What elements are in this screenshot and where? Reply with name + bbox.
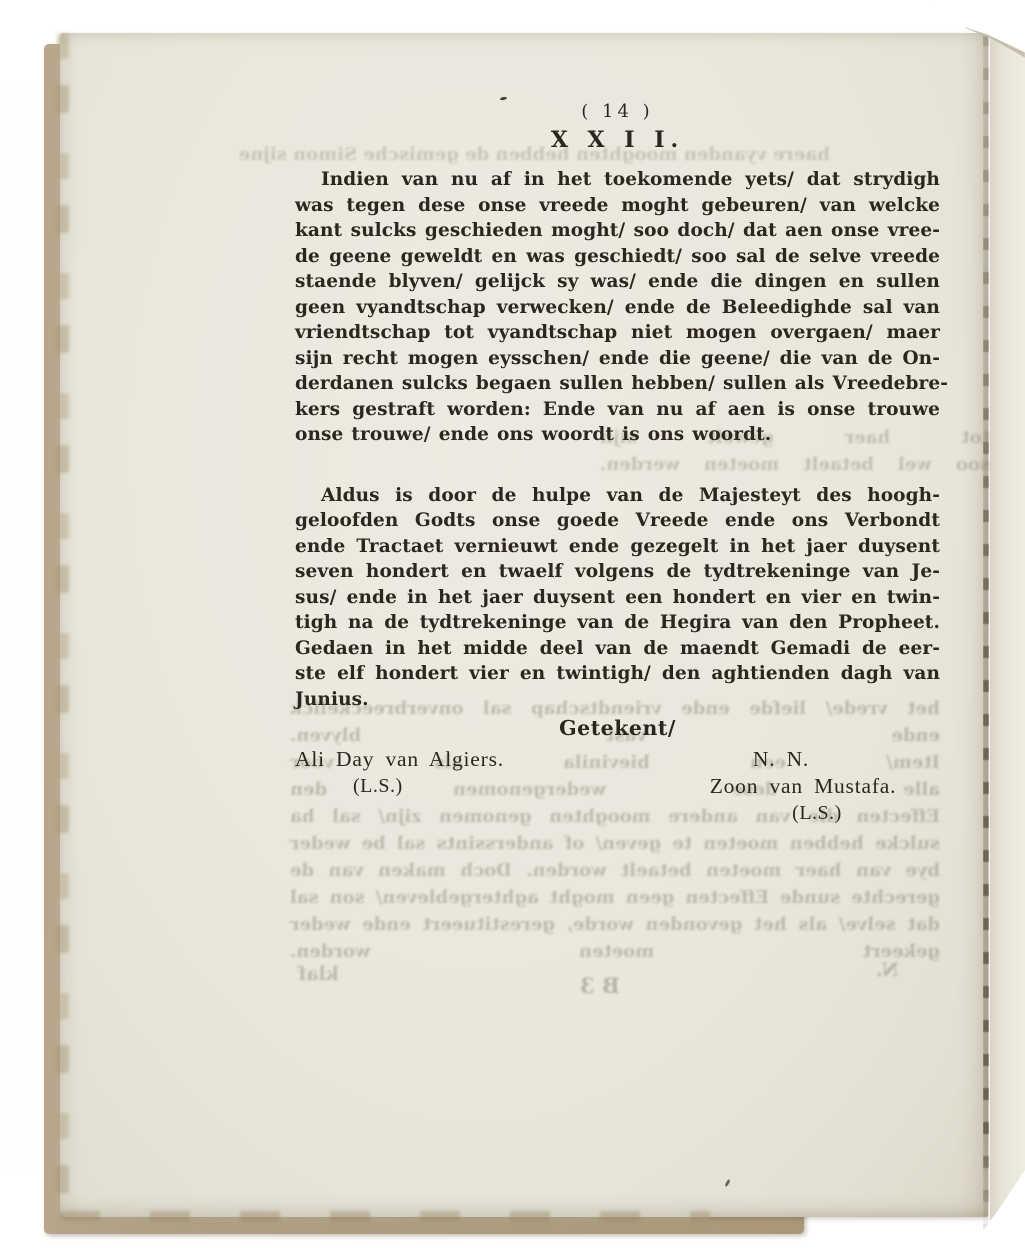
text-line: bye van haer moeten betaelt worden. Doch…	[290, 857, 940, 884]
text-line: Indien van nu af in het toekomende yets/…	[295, 167, 940, 193]
seal-right: (L.S.)	[692, 800, 942, 826]
ink-speck	[724, 1179, 730, 1187]
paragraph-treaty-clause: Indien van nu af in het toekomende yets/…	[295, 167, 940, 448]
text-line: Aldus is door de hulpe van de Majesteyt …	[295, 483, 940, 509]
signatory-name-left: Ali Day van Algiers.	[295, 746, 605, 773]
facing-page-edge	[990, 0, 1025, 1260]
verso-showthrough-fragment-left: klaf	[298, 963, 339, 985]
text-line: was tegen dese onse vreede moght gebeure…	[295, 193, 940, 219]
text-line: ste elf hondert vier en twintigh/ den ag…	[295, 661, 940, 687]
text-line: sijn recht mogen eysschen/ ende die geen…	[295, 346, 940, 372]
text-line: staende blyven/ gelijck sy was/ ende die…	[295, 269, 940, 295]
text-line: tigh na de tydtrekeninge van de Hegira v…	[295, 610, 940, 636]
section-heading: X X I I.	[295, 127, 940, 153]
text-line: derdanen sulcks begaen sullen hebben/ su…	[295, 371, 940, 397]
signature-left: Ali Day van Algiers. (L.S.)	[295, 746, 605, 826]
signature-row: Ali Day van Algiers. (L.S.) N. N. Zoon v…	[295, 746, 940, 826]
text-line: sus/ ende in het jaer duysent een honder…	[295, 585, 940, 611]
paragraph-ratification: Aldus is door de hulpe van de Majesteyt …	[295, 483, 940, 713]
signatory-subtitle-right: Zoon van Mustafa.	[678, 773, 928, 800]
signature-right: N. N. Zoon van Mustafa. (L.S.)	[678, 746, 928, 826]
text-line: sulcke hebben moeten te geven/ of anders…	[290, 830, 940, 857]
signatory-name-right: N. N.	[656, 746, 906, 773]
text-line: Junius.	[295, 687, 940, 713]
text-line: vriendtschap tot vyandtschap niet mogen …	[295, 320, 940, 346]
deckle-edge-left	[57, 33, 69, 1217]
text-line: kant sulcks geschieden moght/ soo doch/ …	[295, 218, 940, 244]
text-line: seven hondert en twaelf volgens de tydtr…	[295, 559, 940, 585]
seal-left: (L.S.)	[353, 773, 605, 799]
text-line: onse trouwe/ ende ons woordt is ons woor…	[295, 422, 940, 448]
text-line: geen vyandtschap verwecken/ ende de Bele…	[295, 295, 940, 321]
gutter-crease	[983, 0, 989, 1232]
verso-showthrough-fragment-right: N.	[876, 959, 899, 981]
scanned-book-page: haere vyanden mooghten hebben de gemisch…	[60, 33, 988, 1217]
verso-showthrough-signature-mark: B 3	[580, 973, 620, 998]
text-line: dat selve/ als het gevonden worde, geres…	[290, 911, 940, 938]
text-line: kers gestraft worden: Ende van nu af aen…	[295, 397, 940, 423]
text-line: ende Tractaet vernieuwt ende gezegelt in…	[295, 534, 940, 560]
text-line: geloofden Godts onse goede Vreede ende o…	[295, 508, 940, 534]
page-number: ( 14 )	[295, 101, 940, 123]
printed-text-block: ( 14 ) X X I I. Indien van nu af in het …	[295, 101, 940, 826]
text-line: gerechte sunde Effecten geen moght aghte…	[290, 884, 940, 911]
signed-label: Getekent/	[295, 715, 940, 741]
deckle-edge-bottom	[60, 1211, 710, 1221]
text-line: de geene geweldt en was geschiedt/ soo s…	[295, 244, 940, 270]
text-line: Gedaen in het midde deel van de maendt G…	[295, 636, 940, 662]
text-line: gekeert moeten worden.	[290, 938, 940, 965]
photo-backdrop: haere vyanden mooghten hebben de gemisch…	[0, 0, 1025, 1260]
